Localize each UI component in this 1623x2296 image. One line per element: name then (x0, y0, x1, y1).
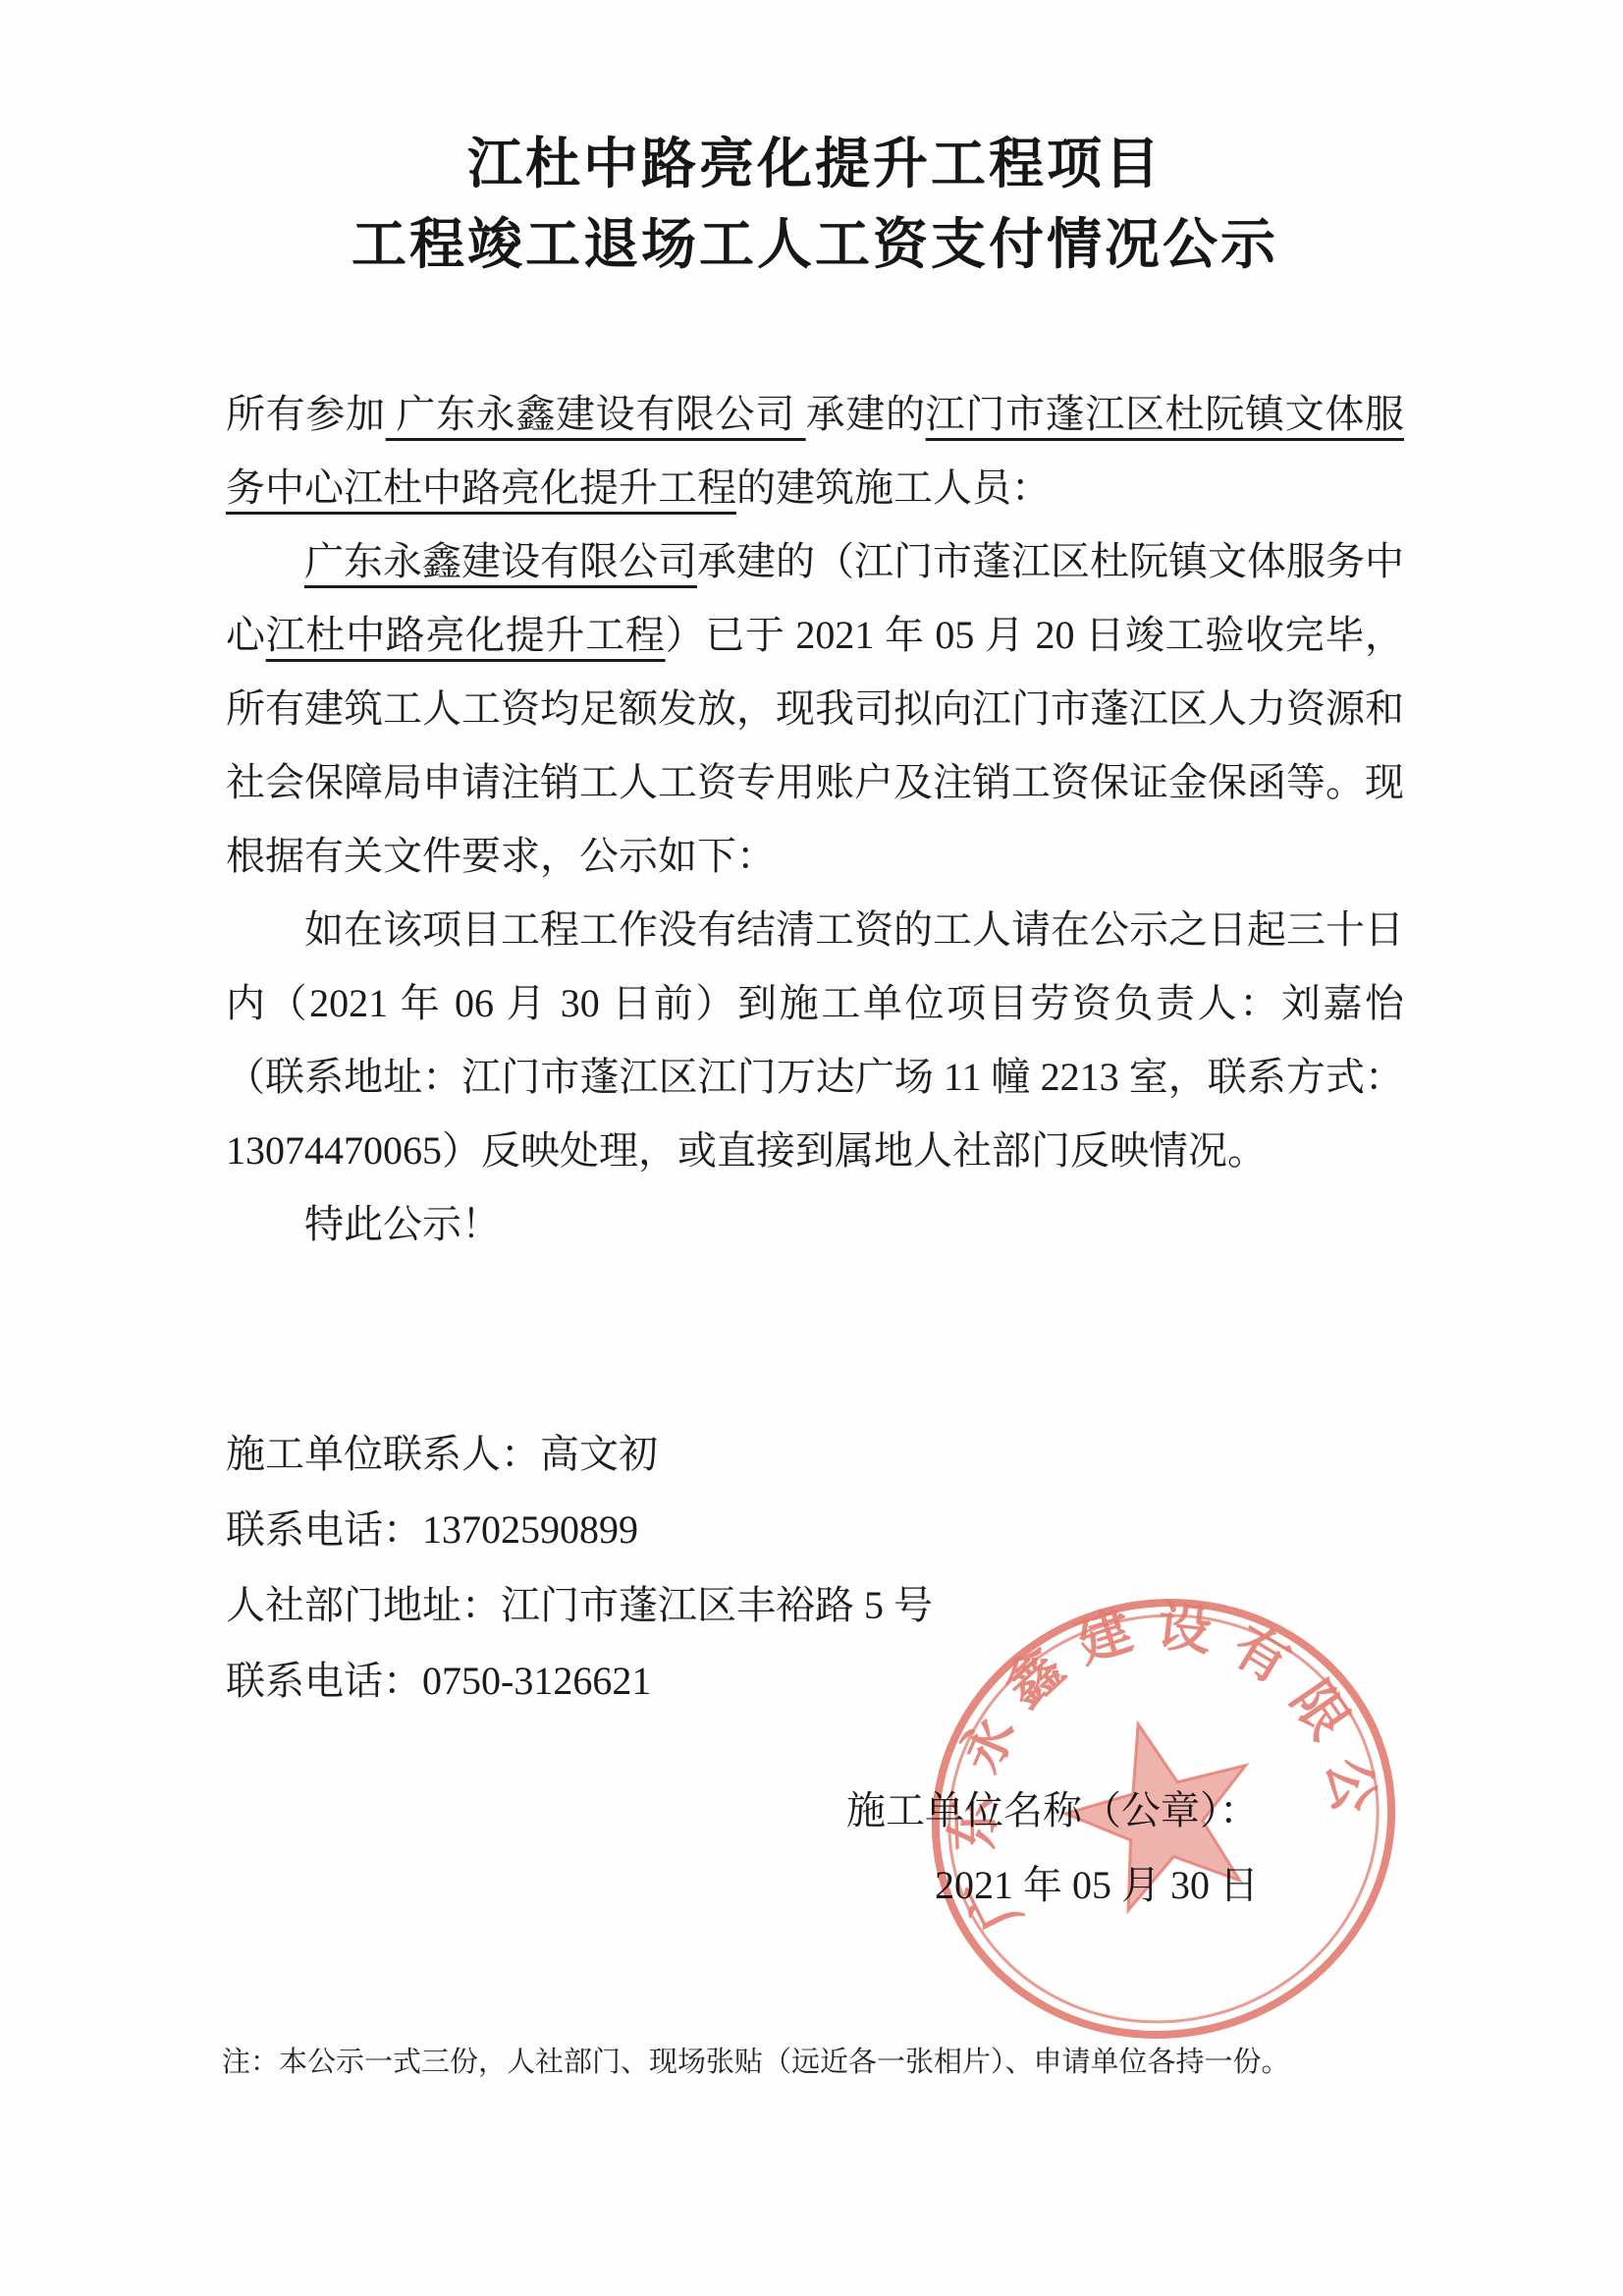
title-line-1: 江杜中路亮化提升工程项目 (226, 124, 1404, 204)
title-line-2: 工程竣工退场工人工资支付情况公示 (226, 204, 1404, 285)
star-icon (1048, 1700, 1274, 1920)
document-title: 江杜中路亮化提升工程项目 工程竣工退场工人工资支付情况公示 (226, 124, 1404, 285)
paragraph-2: 广东永鑫建设有限公司承建的（江门市蓬江区杜阮镇文体服务中心江杜中路亮化提升工程）… (226, 524, 1404, 893)
p1-underlined-company: 广东永鑫建设有限公司 (386, 392, 806, 436)
footer-note: 注：本公示一式三份，人社部门、现场张贴（远近各一张相片）、申请单位各持一份。 (222, 2041, 1459, 2084)
paragraph-1: 所有参加 广东永鑫建设有限公司 承建的江门市蓬江区杜阮镇文体服务中心江杜中路亮化… (226, 377, 1404, 524)
p1-text: 所有参加 (226, 392, 386, 436)
notice-document-page: 江杜中路亮化提升工程项目 工程竣工退场工人工资支付情况公示 所有参加 广东永鑫建… (0, 0, 1623, 2296)
contact-phone-line: 联系电话：13702590899 (226, 1492, 1404, 1567)
p1-text-3: 的建筑施工人员： (736, 465, 1051, 510)
document-body: 所有参加 广东永鑫建设有限公司 承建的江门市蓬江区杜阮镇文体服务中心江杜中路亮化… (226, 377, 1404, 1261)
paragraph-3: 如在该项目工程工作没有结清工资的工人请在公示之日起三十日内（2021 年 06 … (226, 893, 1404, 1187)
contact-person-line: 施工单位联系人：高文初 (226, 1416, 1404, 1492)
p1-text-2: 承建的 (806, 392, 926, 436)
p2-underlined-company: 广东永鑫建设有限公司 (304, 539, 697, 583)
p2-underlined-project: 江杜中路亮化提升工程 (266, 613, 666, 657)
paragraph-4-closing: 特此公示！ (226, 1187, 1404, 1261)
company-seal: 广东永鑫建设有限公司 (908, 1563, 1419, 2074)
